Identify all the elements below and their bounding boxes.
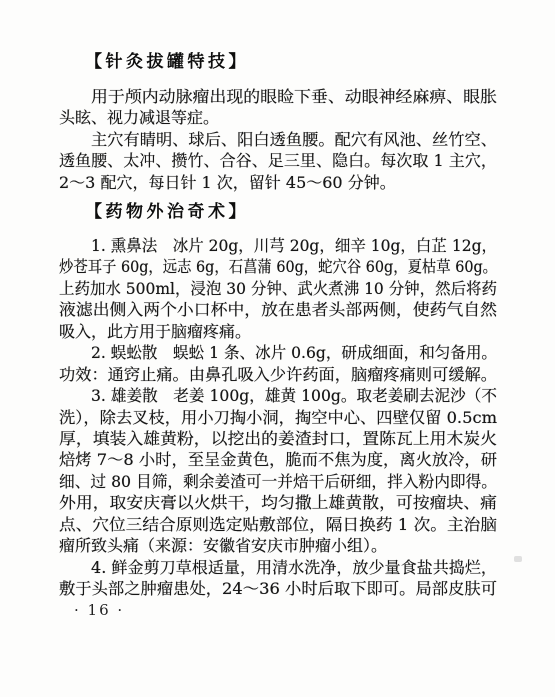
text-line: 点、穴位三结合原则选定贴敷部位，隔日换药 1 次。主治脑 bbox=[59, 514, 497, 535]
text-line: 洗），除去叉枝，用小刀掏小洞，掏空中心、四壁仅留 0.5cm bbox=[59, 407, 497, 428]
text-line: 液滤出侧入两个小口杯中，放在患者头部两侧，使药气自然 bbox=[59, 299, 497, 320]
text-line: 炒苍耳子 60g，远志 6g，石菖蒲 60g，蛇穴谷 60g，夏枯草 60g。 bbox=[59, 256, 497, 277]
text-line: 用于颅内动脉瘤出现的眼睑下垂、动眼神经麻痹、眼胀 bbox=[59, 86, 497, 107]
scan-speck bbox=[514, 556, 522, 562]
section-acupuncture-body: 用于颅内动脉瘤出现的眼睑下垂、动眼神经麻痹、眼胀 头眩、视力减退等症。 主穴有睛… bbox=[59, 86, 497, 193]
paragraph: 2. 蜈蚣散 蜈蚣 1 条、冰片 0.6g，研成细面，和匀备用。 功效：通窍止痛… bbox=[59, 342, 497, 385]
text-line: 3. 雄姜散 老姜 100g，雄黄 100g。取老姜刷去泥沙（不 bbox=[59, 385, 497, 406]
section-heading-acupuncture-cupping: 【针灸拔罐特技】 bbox=[59, 51, 523, 73]
text-line: 1. 熏鼻法 冰片 20g，川芎 20g，细辛 10g，白芷 12g， bbox=[59, 235, 497, 256]
text-line: 上药加水 500ml，浸泡 30 分钟、武火煮沸 10 分钟，然后将药 bbox=[59, 278, 497, 299]
text-line: 焙烤 7～8 小时，至呈金黄色，脆而不焦为度，离火放冷，研 bbox=[59, 449, 497, 470]
text-line: 厚，填装入雄黄粉，以挖出的姜渣封口，置陈瓦上用木炭火 bbox=[59, 428, 497, 449]
paragraph: 用于颅内动脉瘤出现的眼睑下垂、动眼神经麻痹、眼胀 头眩、视力减退等症。 bbox=[59, 86, 497, 129]
text-line: 吸入，此方用于脑瘤疼痛。 bbox=[59, 321, 497, 342]
text-line: 透鱼腰、太冲、攒竹、合谷、足三里、隐白。每次取 1 主穴， bbox=[59, 150, 497, 171]
text-line: 主穴有睛明、球后、阳白透鱼腰。配穴有风池、丝竹空、 bbox=[59, 129, 497, 150]
section-heading-external-drug-treatment: 【药物外治奇术】 bbox=[59, 201, 523, 223]
page-number: · 16 · bbox=[74, 601, 124, 619]
paragraph: 主穴有睛明、球后、阳白透鱼腰。配穴有风池、丝竹空、 透鱼腰、太冲、攒竹、合谷、足… bbox=[59, 129, 497, 193]
text-line: 外用，取安庆膏以火烘干，均匀撒上雄黄散，可按瘤块、痛 bbox=[59, 492, 497, 513]
text-line: 瘤所致头痛（来源：安徽省安庆市肿瘤小组）。 bbox=[59, 535, 497, 556]
paragraph: 3. 雄姜散 老姜 100g，雄黄 100g。取老姜刷去泥沙（不 洗），除去叉枝… bbox=[59, 385, 497, 557]
text-line: 功效：通窍止痛。由鼻孔吸入少许药面，脑瘤疼痛则可缓解。 bbox=[59, 364, 497, 385]
text-line: 敷于头部之肿瘤患处，24～36 小时后取下即可。局部皮肤可 bbox=[59, 578, 497, 599]
paragraph: 4. 鲜金剪刀草根适量，用清水洗净，放少量食盐共捣烂， 敷于头部之肿瘤患处，24… bbox=[59, 557, 497, 600]
text-line: 2. 蜈蚣散 蜈蚣 1 条、冰片 0.6g，研成细面，和匀备用。 bbox=[59, 342, 497, 363]
scanned-book-page: 【针灸拔罐特技】 用于颅内动脉瘤出现的眼睑下垂、动眼神经麻痹、眼胀 头眩、视力减… bbox=[0, 0, 555, 697]
text-line: 4. 鲜金剪刀草根适量，用清水洗净，放少量食盐共捣烂， bbox=[59, 557, 497, 578]
section-external-treatment-body: 1. 熏鼻法 冰片 20g，川芎 20g，细辛 10g，白芷 12g， 炒苍耳子… bbox=[59, 235, 497, 599]
paragraph: 1. 熏鼻法 冰片 20g，川芎 20g，细辛 10g，白芷 12g， 炒苍耳子… bbox=[59, 235, 497, 342]
text-line: 头眩、视力减退等症。 bbox=[59, 107, 497, 128]
text-line: 细、过 80 目筛，剩余姜渣可一并焙干后研细，拌入粉内即得。 bbox=[59, 471, 497, 492]
text-line: 2～3 配穴，每日针 1 次，留针 45～60 分钟。 bbox=[59, 172, 497, 193]
